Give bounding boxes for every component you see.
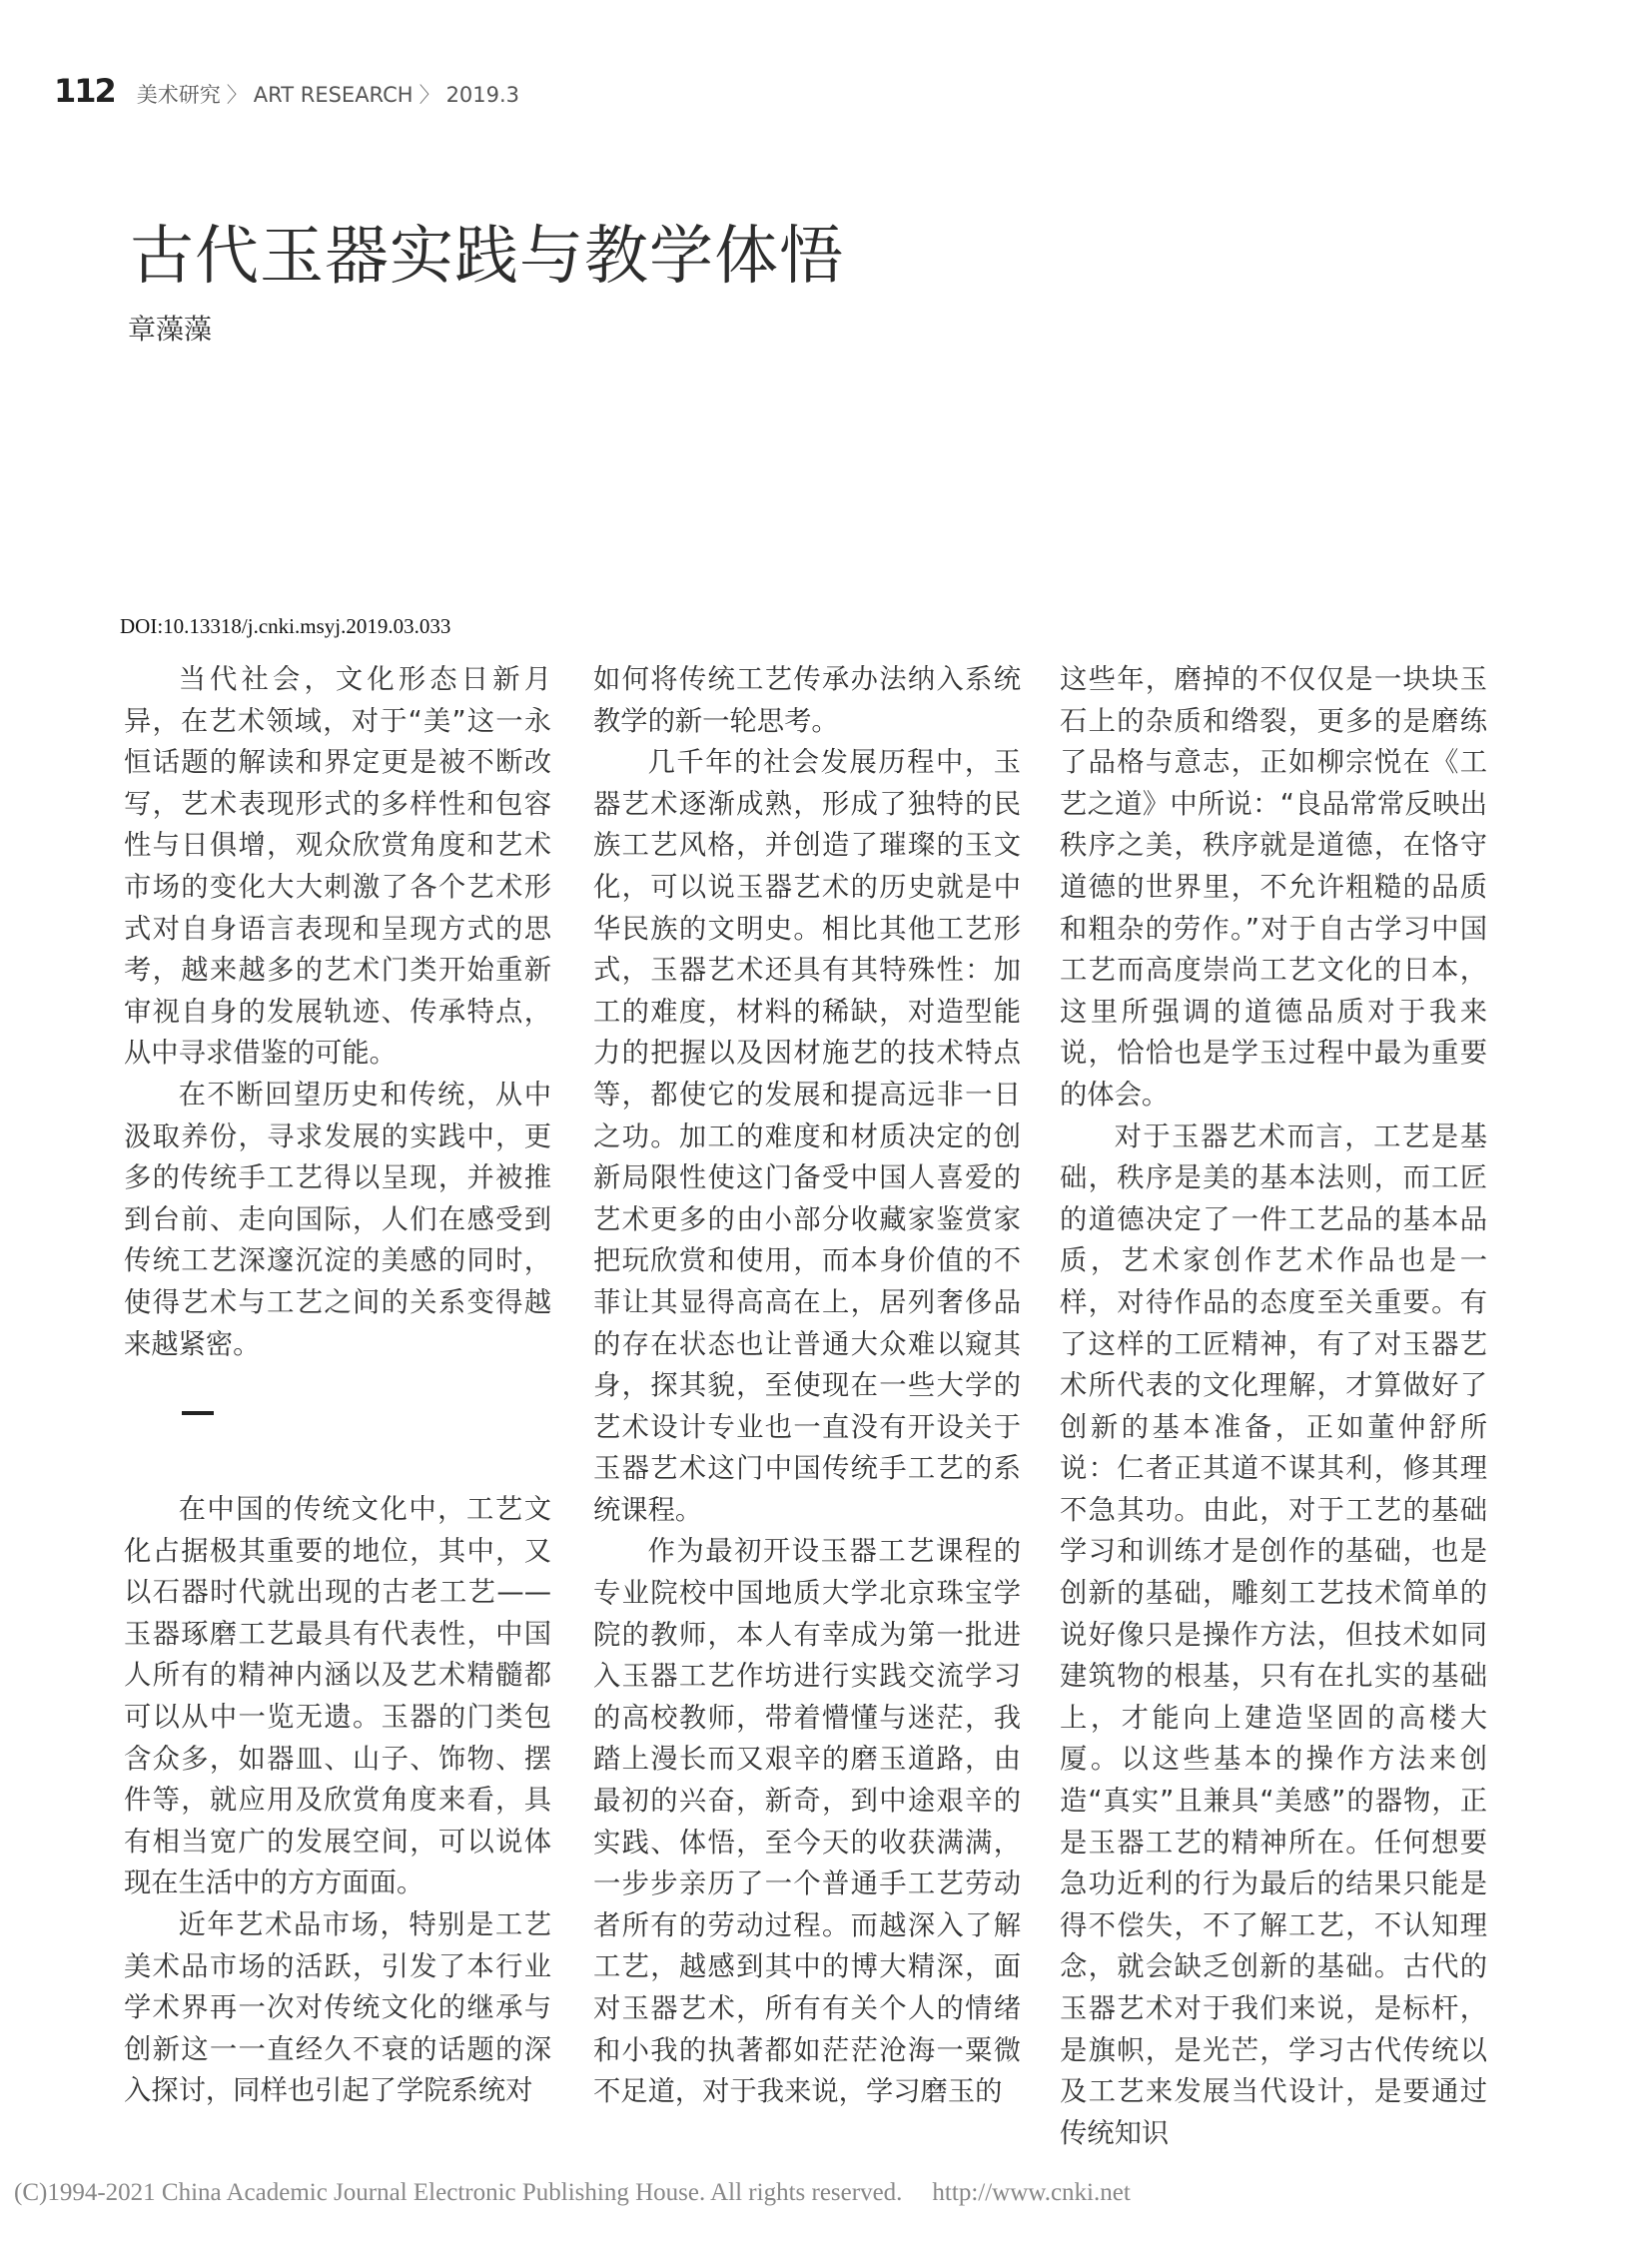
copyright-footer: (C)1994-2021 China Academic Journal Elec…: [14, 2179, 1131, 2207]
paragraph: 几千年的社会发展历程中，玉器艺术逐渐成熟，形成了独特的民族工艺风格，并创造了璀璨…: [593, 742, 1021, 1531]
paragraph: 当代社会，文化形态日新月异，在艺术领域，对于“美”这一永恒话题的解读和界定更是被…: [124, 659, 551, 1075]
article-author: 章藻藻: [128, 308, 212, 348]
paragraph: 在不断回望历史和传统，从中汲取养份，寻求发展的实践中，更多的传统手工艺得以呈现，…: [124, 1075, 551, 1365]
copyright-text: (C)1994-2021 China Academic Journal Elec…: [14, 2179, 902, 2206]
doi: DOI:10.13318/j.cnki.msyj.2019.03.033: [120, 614, 450, 639]
text-column-3: 这些年，磨掉的不仅仅是一块块玉石上的杂质和绺裂，更多的是磨练了品格与意志，正如柳…: [1060, 659, 1487, 2154]
paragraph: 在中国的传统文化中，工艺文化占据极其重要的地位，其中，又以石器时代就出现的古老工…: [124, 1489, 551, 1904]
journal-name-cn: 美术研究: [137, 83, 221, 107]
article-title: 古代玉器实践与教学体悟: [130, 205, 844, 297]
running-head: 112 美术研究〉ART RESEARCH〉2019.3: [54, 72, 519, 112]
journal-breadcrumb: 美术研究〉ART RESEARCH〉2019.3: [137, 79, 519, 109]
chevron-right-icon: 〉: [419, 83, 440, 107]
chevron-right-icon: 〉: [227, 83, 248, 107]
footer-link[interactable]: http://www.cnki.net: [932, 2179, 1130, 2206]
text-column-2: 如何将传统工艺传承办法纳入系统教学的新一轮思考。几千年的社会发展历程中，玉器艺术…: [593, 659, 1021, 2113]
paragraph: 这些年，磨掉的不仅仅是一块块玉石上的杂质和绺裂，更多的是磨练了品格与意志，正如柳…: [1060, 659, 1487, 1117]
journal-name-en: ART RESEARCH: [254, 83, 413, 107]
paragraph: 对于玉器艺术而言，工艺是基础，秩序是美的基本法则，而工匠的道德决定了一件工艺品的…: [1060, 1117, 1487, 2155]
journal-issue: 2019.3: [446, 83, 519, 107]
paragraph: 近年艺术品市场，特别是工艺美术品市场的活跃，引发了本行业学术界再一次对传统文化的…: [124, 1904, 551, 2112]
paragraph: 作为最初开设玉器工艺课程的专业院校中国地质大学北京珠宝学院的教师，本人有幸成为第…: [593, 1531, 1021, 2112]
paragraph: 如何将传统工艺传承办法纳入系统教学的新一轮思考。: [593, 659, 1021, 742]
section-heading-numeral: [182, 1411, 214, 1415]
text-column-1: 当代社会，文化形态日新月异，在艺术领域，对于“美”这一永恒话题的解读和界定更是被…: [124, 659, 551, 2112]
section-heading: [124, 1365, 551, 1489]
page-number: 112: [54, 72, 115, 110]
